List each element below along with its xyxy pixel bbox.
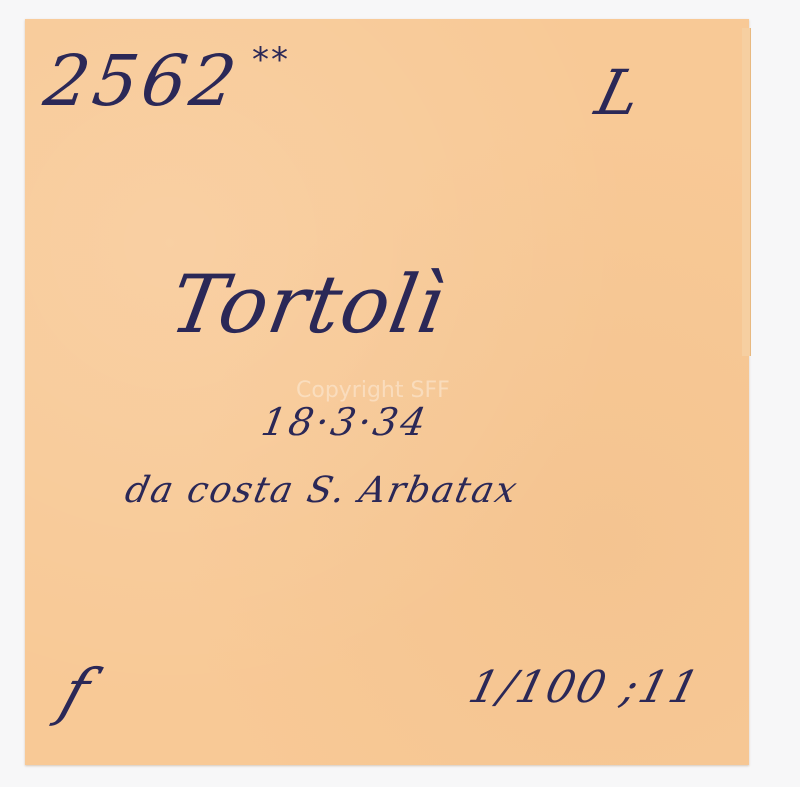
paper-fold-edge [742,28,751,356]
scan-background: 2562 ** L Tortolì Copyright SFF 18·3·34 … [0,0,800,787]
collection-note: da costa S. Arbatax [122,470,523,511]
locality-name: Tortolì [164,258,452,351]
bottom-right-note: 1/100 ;11 [464,662,706,713]
catalog-number: 2562 [39,40,245,122]
collection-date: 18·3·34 [258,400,432,444]
catalog-number-stars: ** [252,40,290,80]
